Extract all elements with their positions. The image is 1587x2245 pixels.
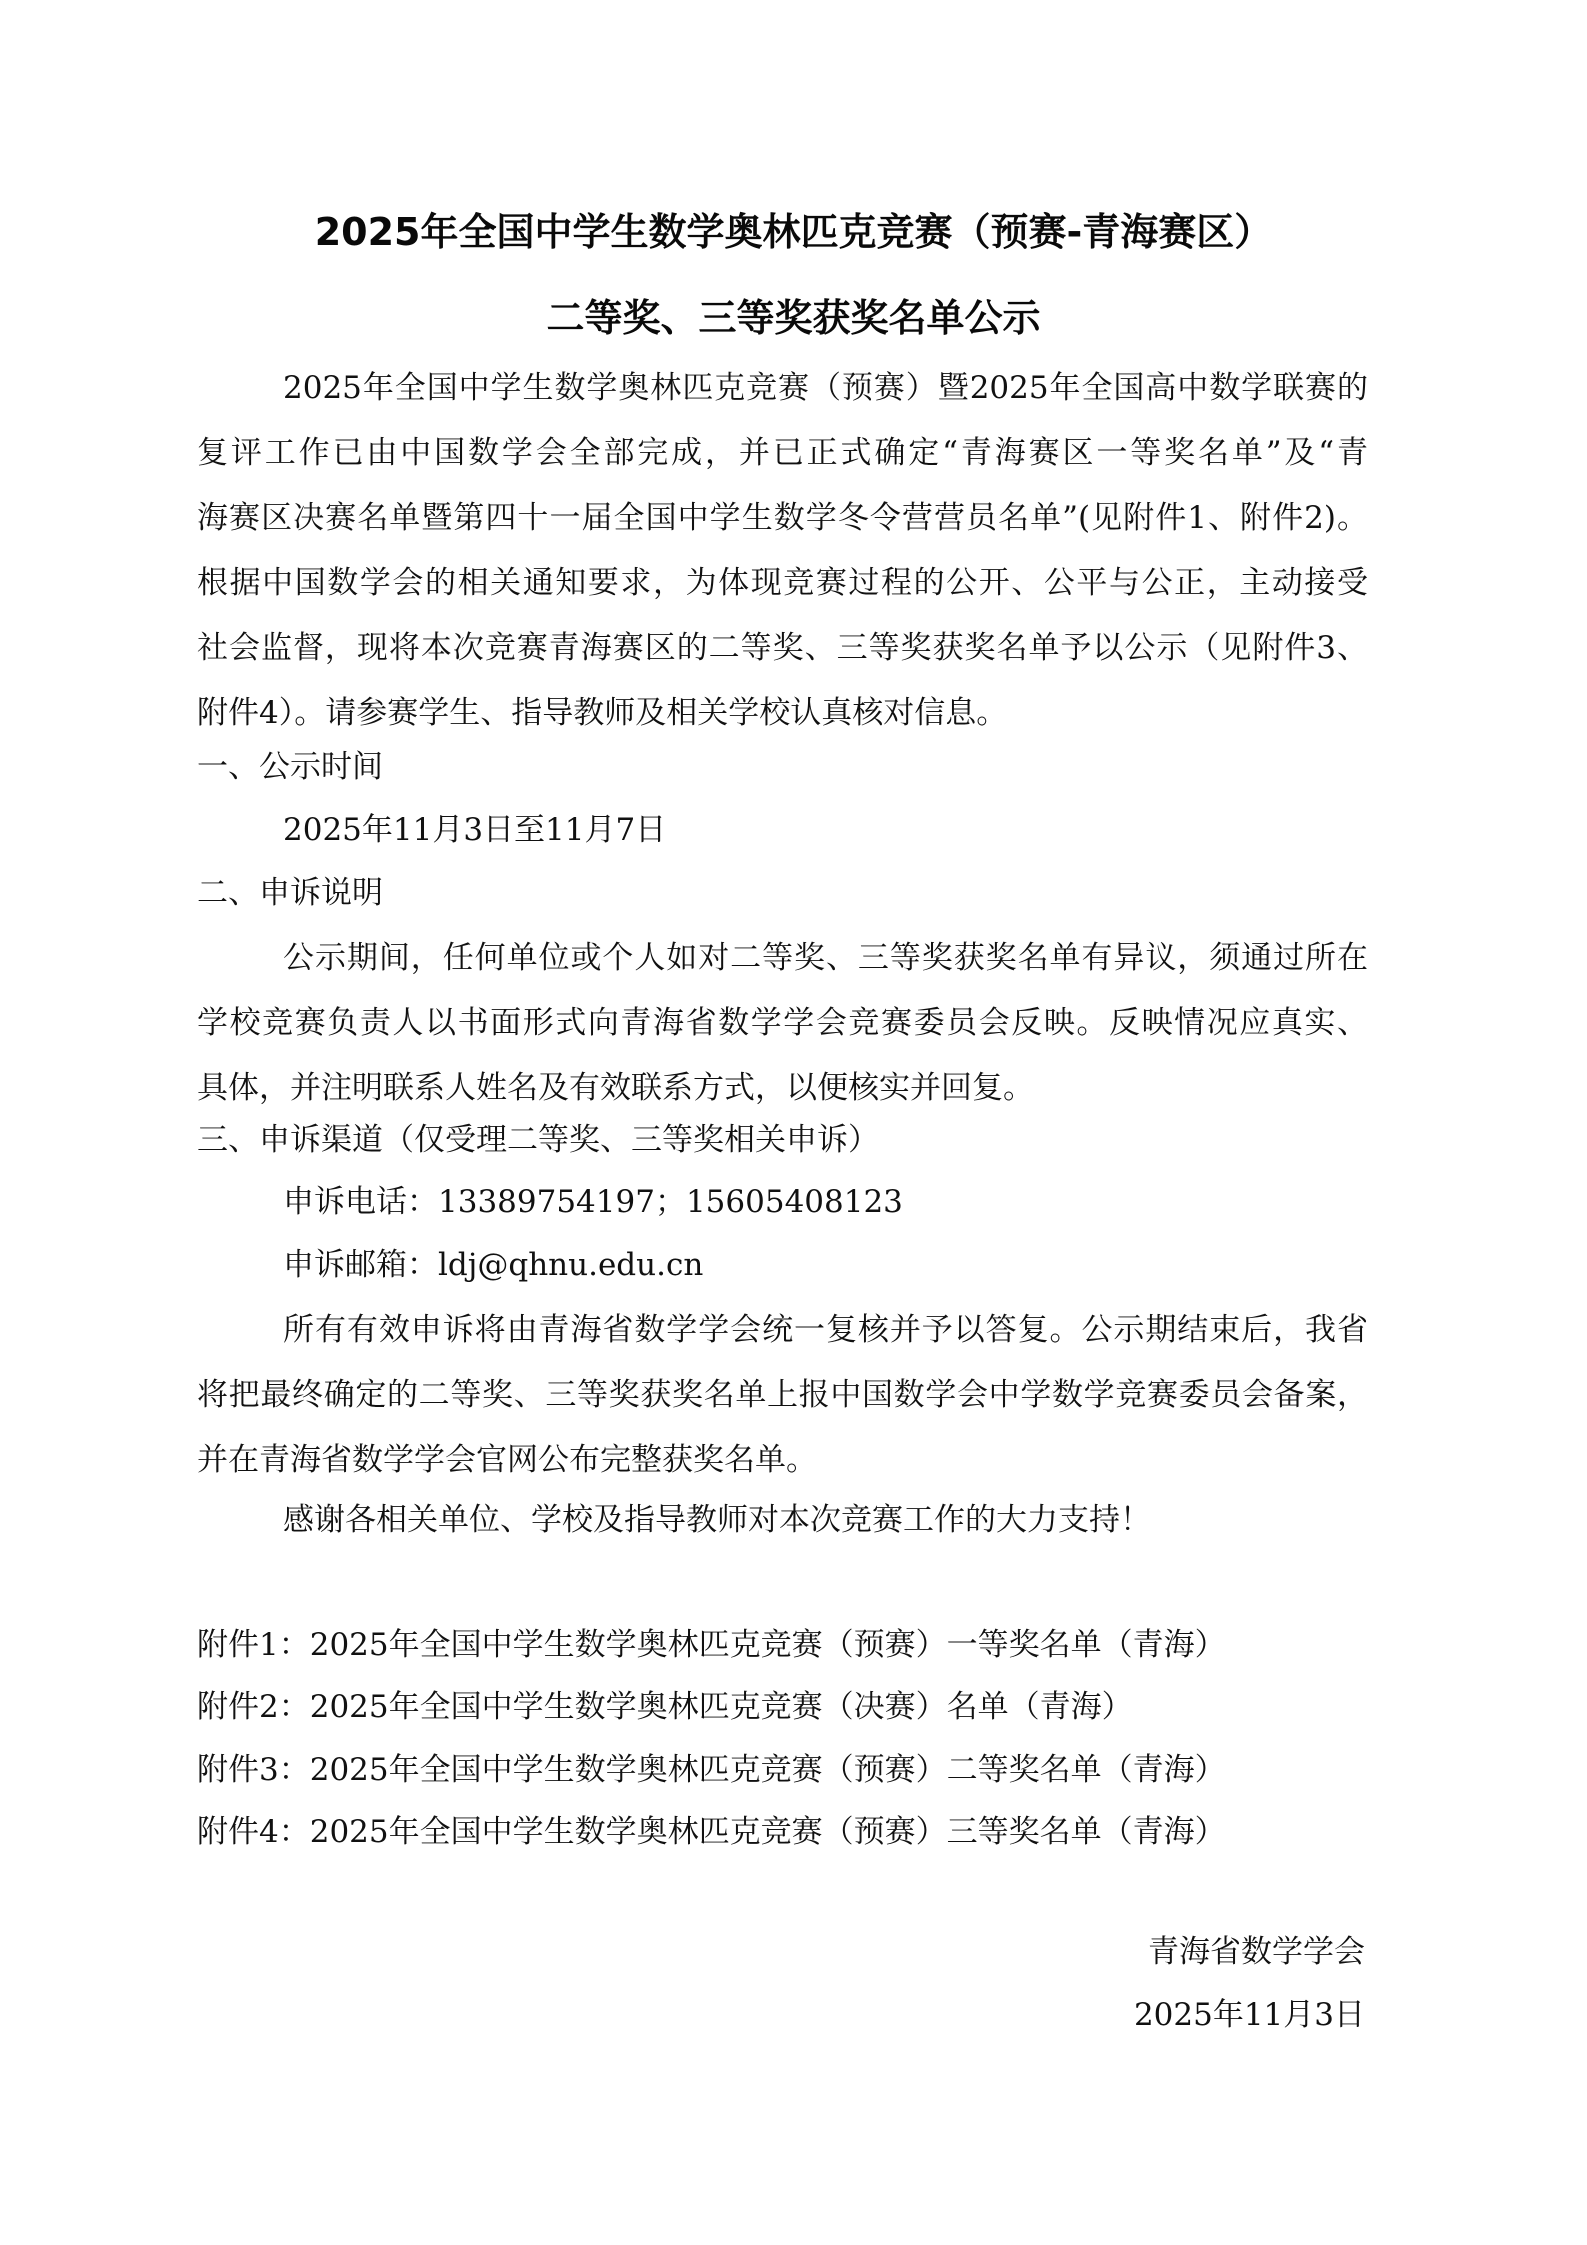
- appeal-phone-label: 申诉电话：: [283, 1184, 438, 1220]
- intro-line: 海赛区决赛名单暨第四十一届全国中学生数学冬令营营员名单”(见附件1、附件2)。: [197, 497, 1368, 539]
- intro-line: 复评工作已由中国数学会全部完成，并已正式确定“青海赛区一等奖名单”及“青: [197, 432, 1368, 474]
- appeal-email: 申诉邮箱：ldj@qhnu.edu.cn: [283, 1244, 703, 1286]
- appeal-line: 公示期间，任何单位或个人如对二等奖、三等奖获奖名单有异议，须通过所在: [283, 937, 1368, 979]
- document-page: 2025年全国中学生数学奥林匹克竞赛（预赛-青海赛区） 二等奖、三等奖获奖名单公…: [0, 0, 1587, 2245]
- signature-date: 2025年11月3日: [1134, 1994, 1365, 2036]
- thanks-line: 感谢各相关单位、学校及指导教师对本次竞赛工作的大力支持！: [283, 1499, 1151, 1541]
- section-heading-publicity-time: 一、公示时间: [197, 746, 383, 788]
- closing-line: 并在青海省数学学会官网公布完整获奖名单。: [197, 1439, 817, 1481]
- signature-organization: 青海省数学学会: [1148, 1931, 1365, 1973]
- closing-line: 所有有效申诉将由青海省数学学会统一复核并予以答复。公示期结束后，我省: [283, 1309, 1368, 1351]
- document-title-line2: 二等奖、三等奖获奖名单公示: [0, 295, 1587, 341]
- intro-line: 根据中国数学会的相关通知要求，为体现竞赛过程的公开、公平与公正，主动接受: [197, 562, 1368, 604]
- publicity-period: 2025年11月3日至11月7日: [283, 809, 666, 851]
- section-heading-appeal-notes: 二、申诉说明: [197, 872, 383, 914]
- intro-line: 2025年全国中学生数学奥林匹克竞赛（预赛）暨2025年全国高中数学联赛的: [283, 367, 1368, 409]
- document-title-line1: 2025年全国中学生数学奥林匹克竞赛（预赛-青海赛区）: [0, 209, 1587, 255]
- appeal-phone: 申诉电话：13389754197；15605408123: [283, 1181, 903, 1223]
- appeal-line: 具体，并注明联系人姓名及有效联系方式，以便核实并回复。: [197, 1067, 1034, 1109]
- intro-line: 社会监督，现将本次竞赛青海赛区的二等奖、三等奖获奖名单予以公示（见附件3、: [197, 627, 1368, 669]
- attachment-item: 附件2：2025年全国中学生数学奥林匹克竞赛（决赛）名单（青海）: [197, 1686, 1133, 1728]
- section-heading-appeal-channels: 三、申诉渠道（仅受理二等奖、三等奖相关申诉）: [197, 1119, 879, 1161]
- appeal-email-label: 申诉邮箱：: [283, 1247, 438, 1283]
- attachment-item: 附件1：2025年全国中学生数学奥林匹克竞赛（预赛）一等奖名单（青海）: [197, 1624, 1226, 1666]
- attachment-item: 附件3：2025年全国中学生数学奥林匹克竞赛（预赛）二等奖名单（青海）: [197, 1749, 1226, 1791]
- appeal-phone-value: 13389754197；15605408123: [438, 1184, 903, 1220]
- intro-line: 附件4）。请参赛学生、指导教师及相关学校认真核对信息。: [197, 692, 1007, 734]
- attachment-item: 附件4：2025年全国中学生数学奥林匹克竞赛（预赛）三等奖名单（青海）: [197, 1811, 1226, 1853]
- appeal-line: 学校竞赛负责人以书面形式向青海省数学学会竞赛委员会反映。反映情况应真实、: [197, 1002, 1368, 1044]
- appeal-email-value: ldj@qhnu.edu.cn: [438, 1247, 703, 1283]
- closing-line: 将把最终确定的二等奖、三等奖获奖名单上报中国数学会中学数学竞赛委员会备案，: [197, 1374, 1368, 1416]
